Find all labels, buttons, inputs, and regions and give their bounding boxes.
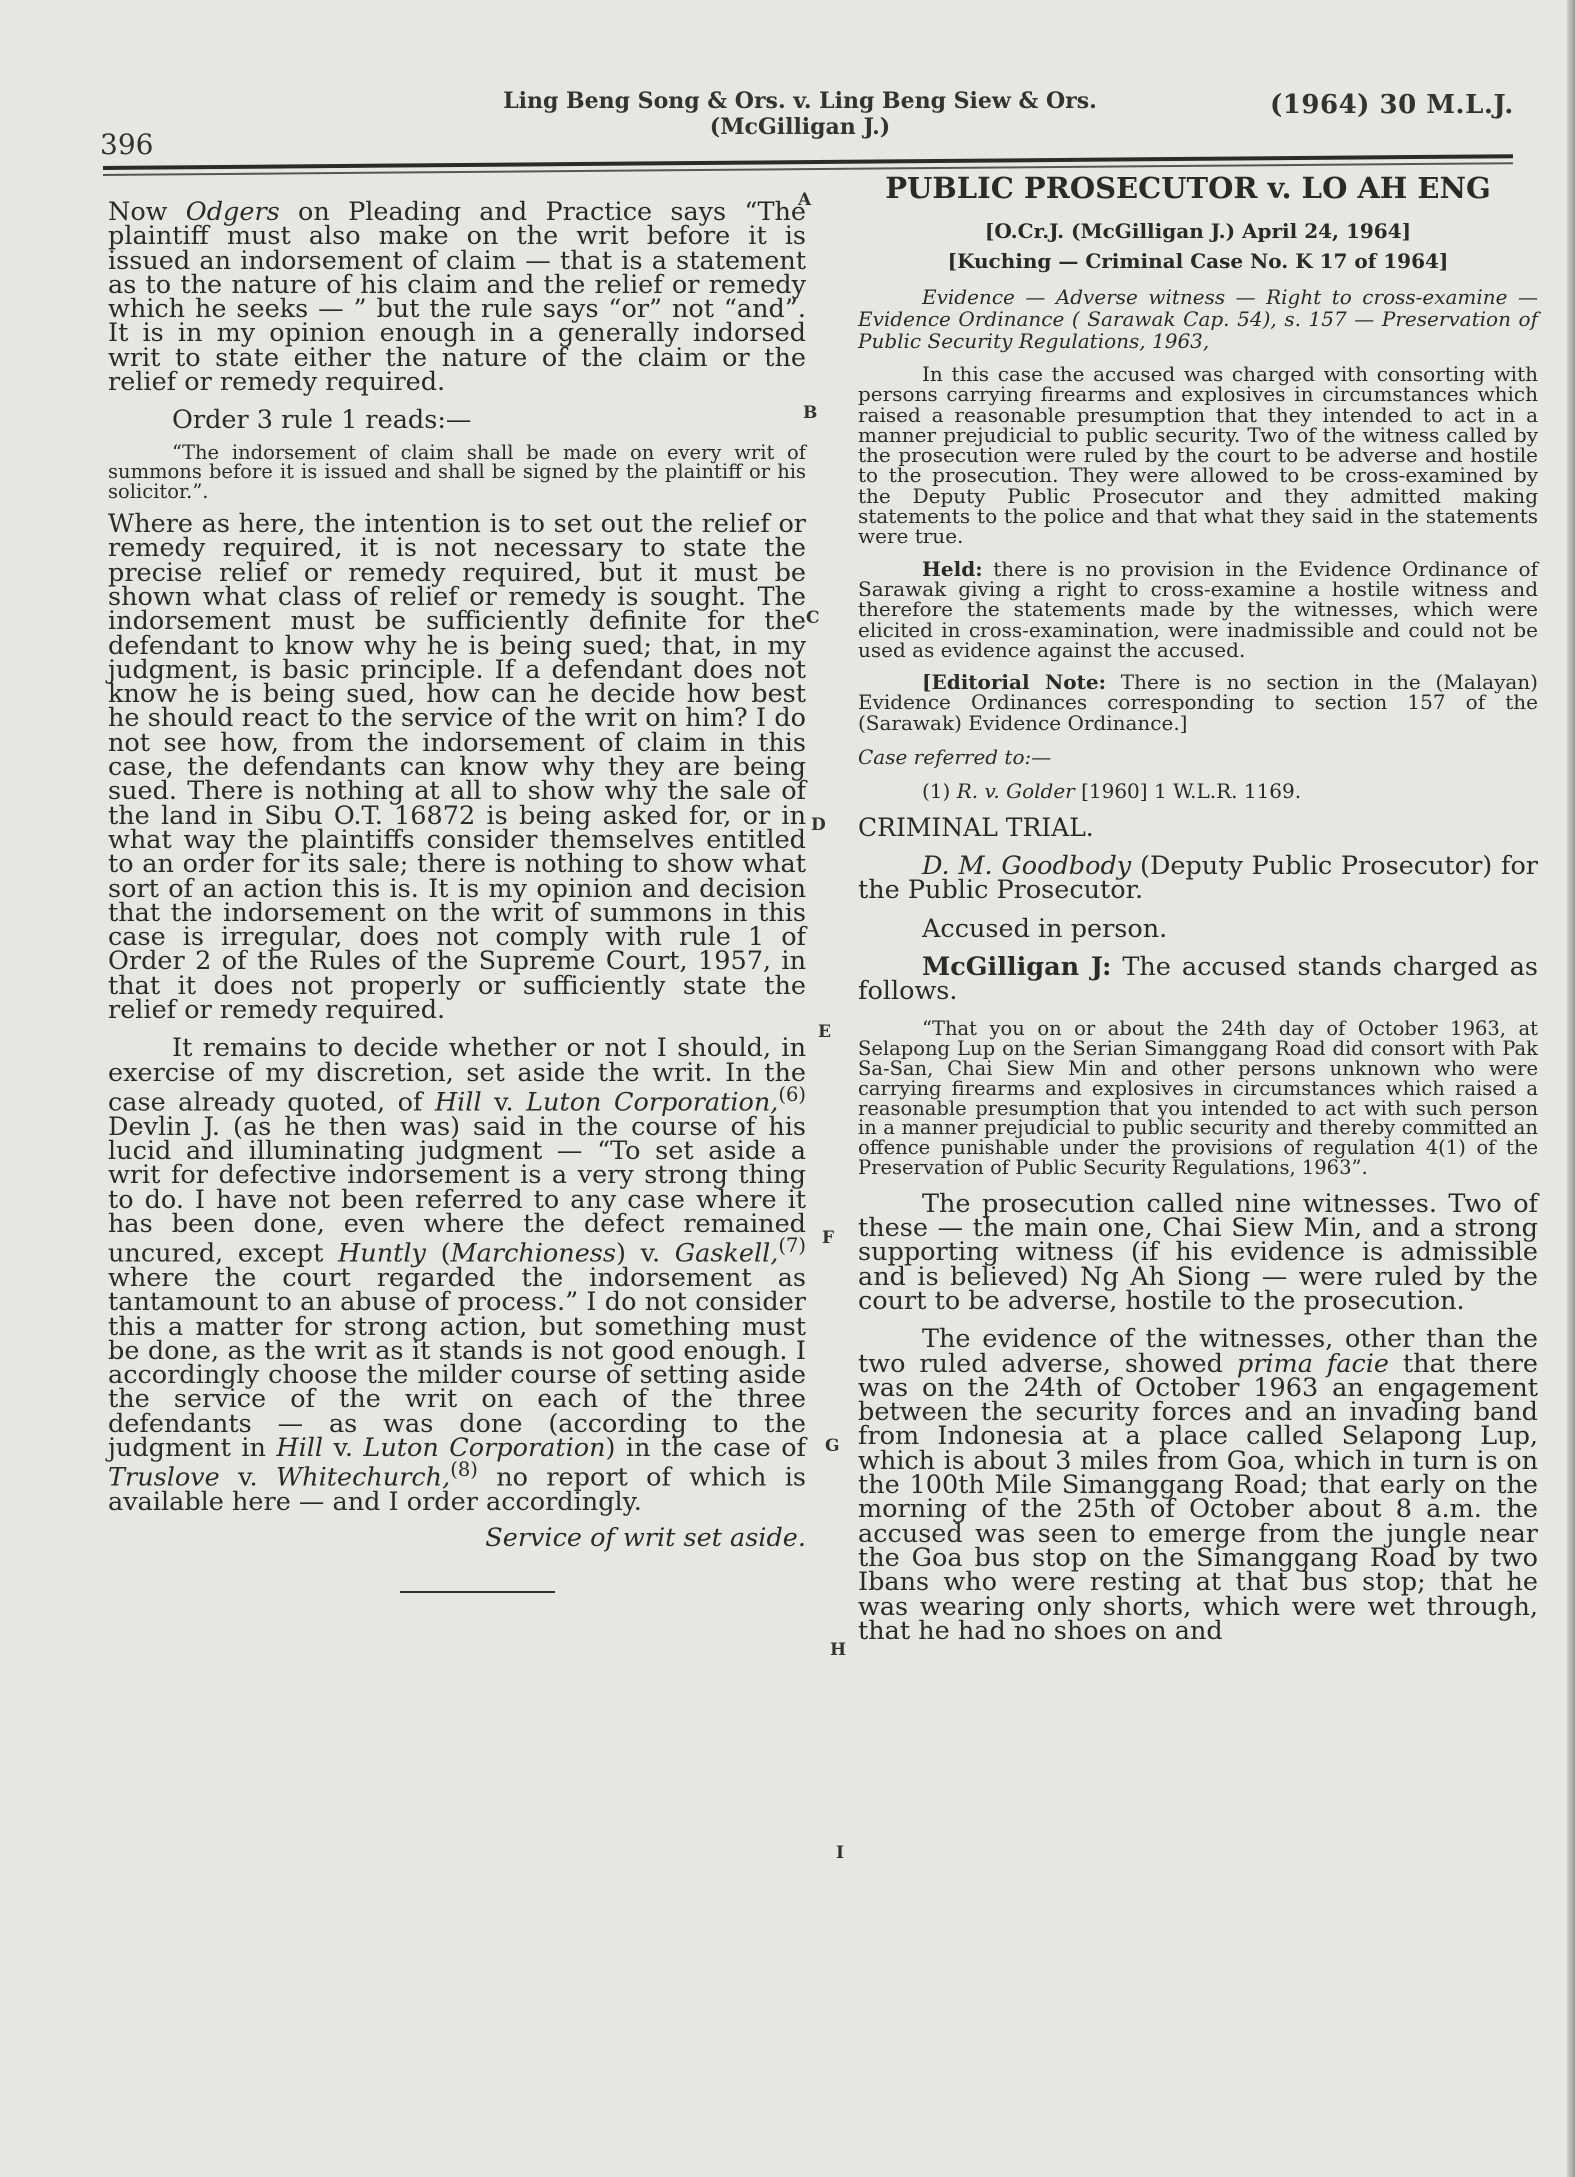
paragraph-discretion: It remains to decide whether or not I sh… xyxy=(108,1036,806,1514)
headnote-held: Held: there is no provision in the Evide… xyxy=(858,559,1538,660)
counsel: D. M. Goodbody (Deputy Public Prosecutor… xyxy=(858,854,1538,903)
cases-referred-heading: Case referred to:— xyxy=(858,747,1538,767)
headnote-facts: In this case the accused was charged wit… xyxy=(858,364,1538,547)
text: that there was on the 24th of October 19… xyxy=(858,1349,1538,1646)
page-number: 396 xyxy=(100,128,153,161)
left-column: Now Odgers on Pleading and Practice says… xyxy=(108,200,806,1593)
running-title-line2: (McGilligan J.) xyxy=(480,114,1120,140)
margin-letter-f: F xyxy=(822,1228,834,1248)
margin-letter-g: G xyxy=(825,1436,840,1456)
paragraph-witnesses: The prosecution called nine witnesses. T… xyxy=(858,1192,1538,1313)
footnote-ref: (6) xyxy=(778,1083,806,1106)
text: v. xyxy=(323,1433,363,1463)
text: [1960] 1 W.L.R. 1169. xyxy=(1075,779,1301,803)
margin-letter-h: H xyxy=(830,1640,846,1660)
running-title-line1: Ling Beng Song & Ors. v. Ling Beng Siew … xyxy=(480,88,1120,114)
page-header: 396 Ling Beng Song & Ors. v. Ling Beng S… xyxy=(0,0,1575,180)
margin-letter-c: C xyxy=(806,608,820,628)
case-name: R. v. Golder xyxy=(957,779,1075,803)
running-title: Ling Beng Song & Ors. v. Ling Beng Siew … xyxy=(480,88,1120,140)
margin-letter-d: D xyxy=(811,815,826,835)
paragraph-where-as-here: Where as here, the intention is to set o… xyxy=(108,512,806,1022)
end-rule xyxy=(400,1591,555,1593)
paragraph-order-3: Order 3 rule 1 reads:— xyxy=(108,408,806,432)
text: (1) xyxy=(922,779,957,803)
case-referred-1: (1) R. v. Golder [1960] 1 W.L.R. 1169. xyxy=(858,781,1538,801)
charge-quote: “That you on or about the 24th day of Oc… xyxy=(858,1019,1538,1177)
verdict: Service of writ set aside. xyxy=(108,1526,806,1550)
case-title: PUBLIC PROSECUTOR v. LO AH ENG xyxy=(838,172,1538,204)
text: ) in the case of xyxy=(606,1433,806,1463)
margin-letter-i: I xyxy=(836,1843,844,1863)
paragraph-evidence: The evidence of the witnesses, other tha… xyxy=(858,1327,1538,1643)
editorial-note: [Editorial Note: There is no section in … xyxy=(858,672,1538,733)
criminal-trial-heading: CRIMINAL TRIAL. xyxy=(858,816,1538,840)
case-number-line: [Kuching — Criminal Case No. K 17 of 196… xyxy=(858,248,1538,274)
catchwords: Evidence — Adverse witness — Right to cr… xyxy=(858,286,1538,352)
case-name: Hill xyxy=(276,1433,323,1463)
text: on Pleading and Practice says “The plain… xyxy=(108,197,806,397)
journal-citation: (1964) 30 M.L.J. xyxy=(1270,90,1514,120)
footnote-ref: (7) xyxy=(778,1234,806,1257)
accused-representation: Accused in person. xyxy=(858,917,1538,941)
judgment-opening: McGilligan J: The accused stands charged… xyxy=(858,955,1538,1004)
court-line: [O.Cr.J. (McGilligan J.) April 24, 1964] xyxy=(858,218,1538,244)
block-quote-rule: “The indorsement of claim shall be made … xyxy=(108,443,806,502)
case-name: Luton Corporation xyxy=(363,1433,605,1463)
page-edge xyxy=(1567,0,1575,2177)
right-column: PUBLIC PROSECUTOR v. LO AH ENG [O.Cr.J. … xyxy=(858,172,1538,1643)
margin-letter-e: E xyxy=(818,1022,831,1042)
footnote-ref: (8) xyxy=(450,1458,478,1481)
paragraph-odgers: Now Odgers on Pleading and Practice says… xyxy=(108,200,806,394)
